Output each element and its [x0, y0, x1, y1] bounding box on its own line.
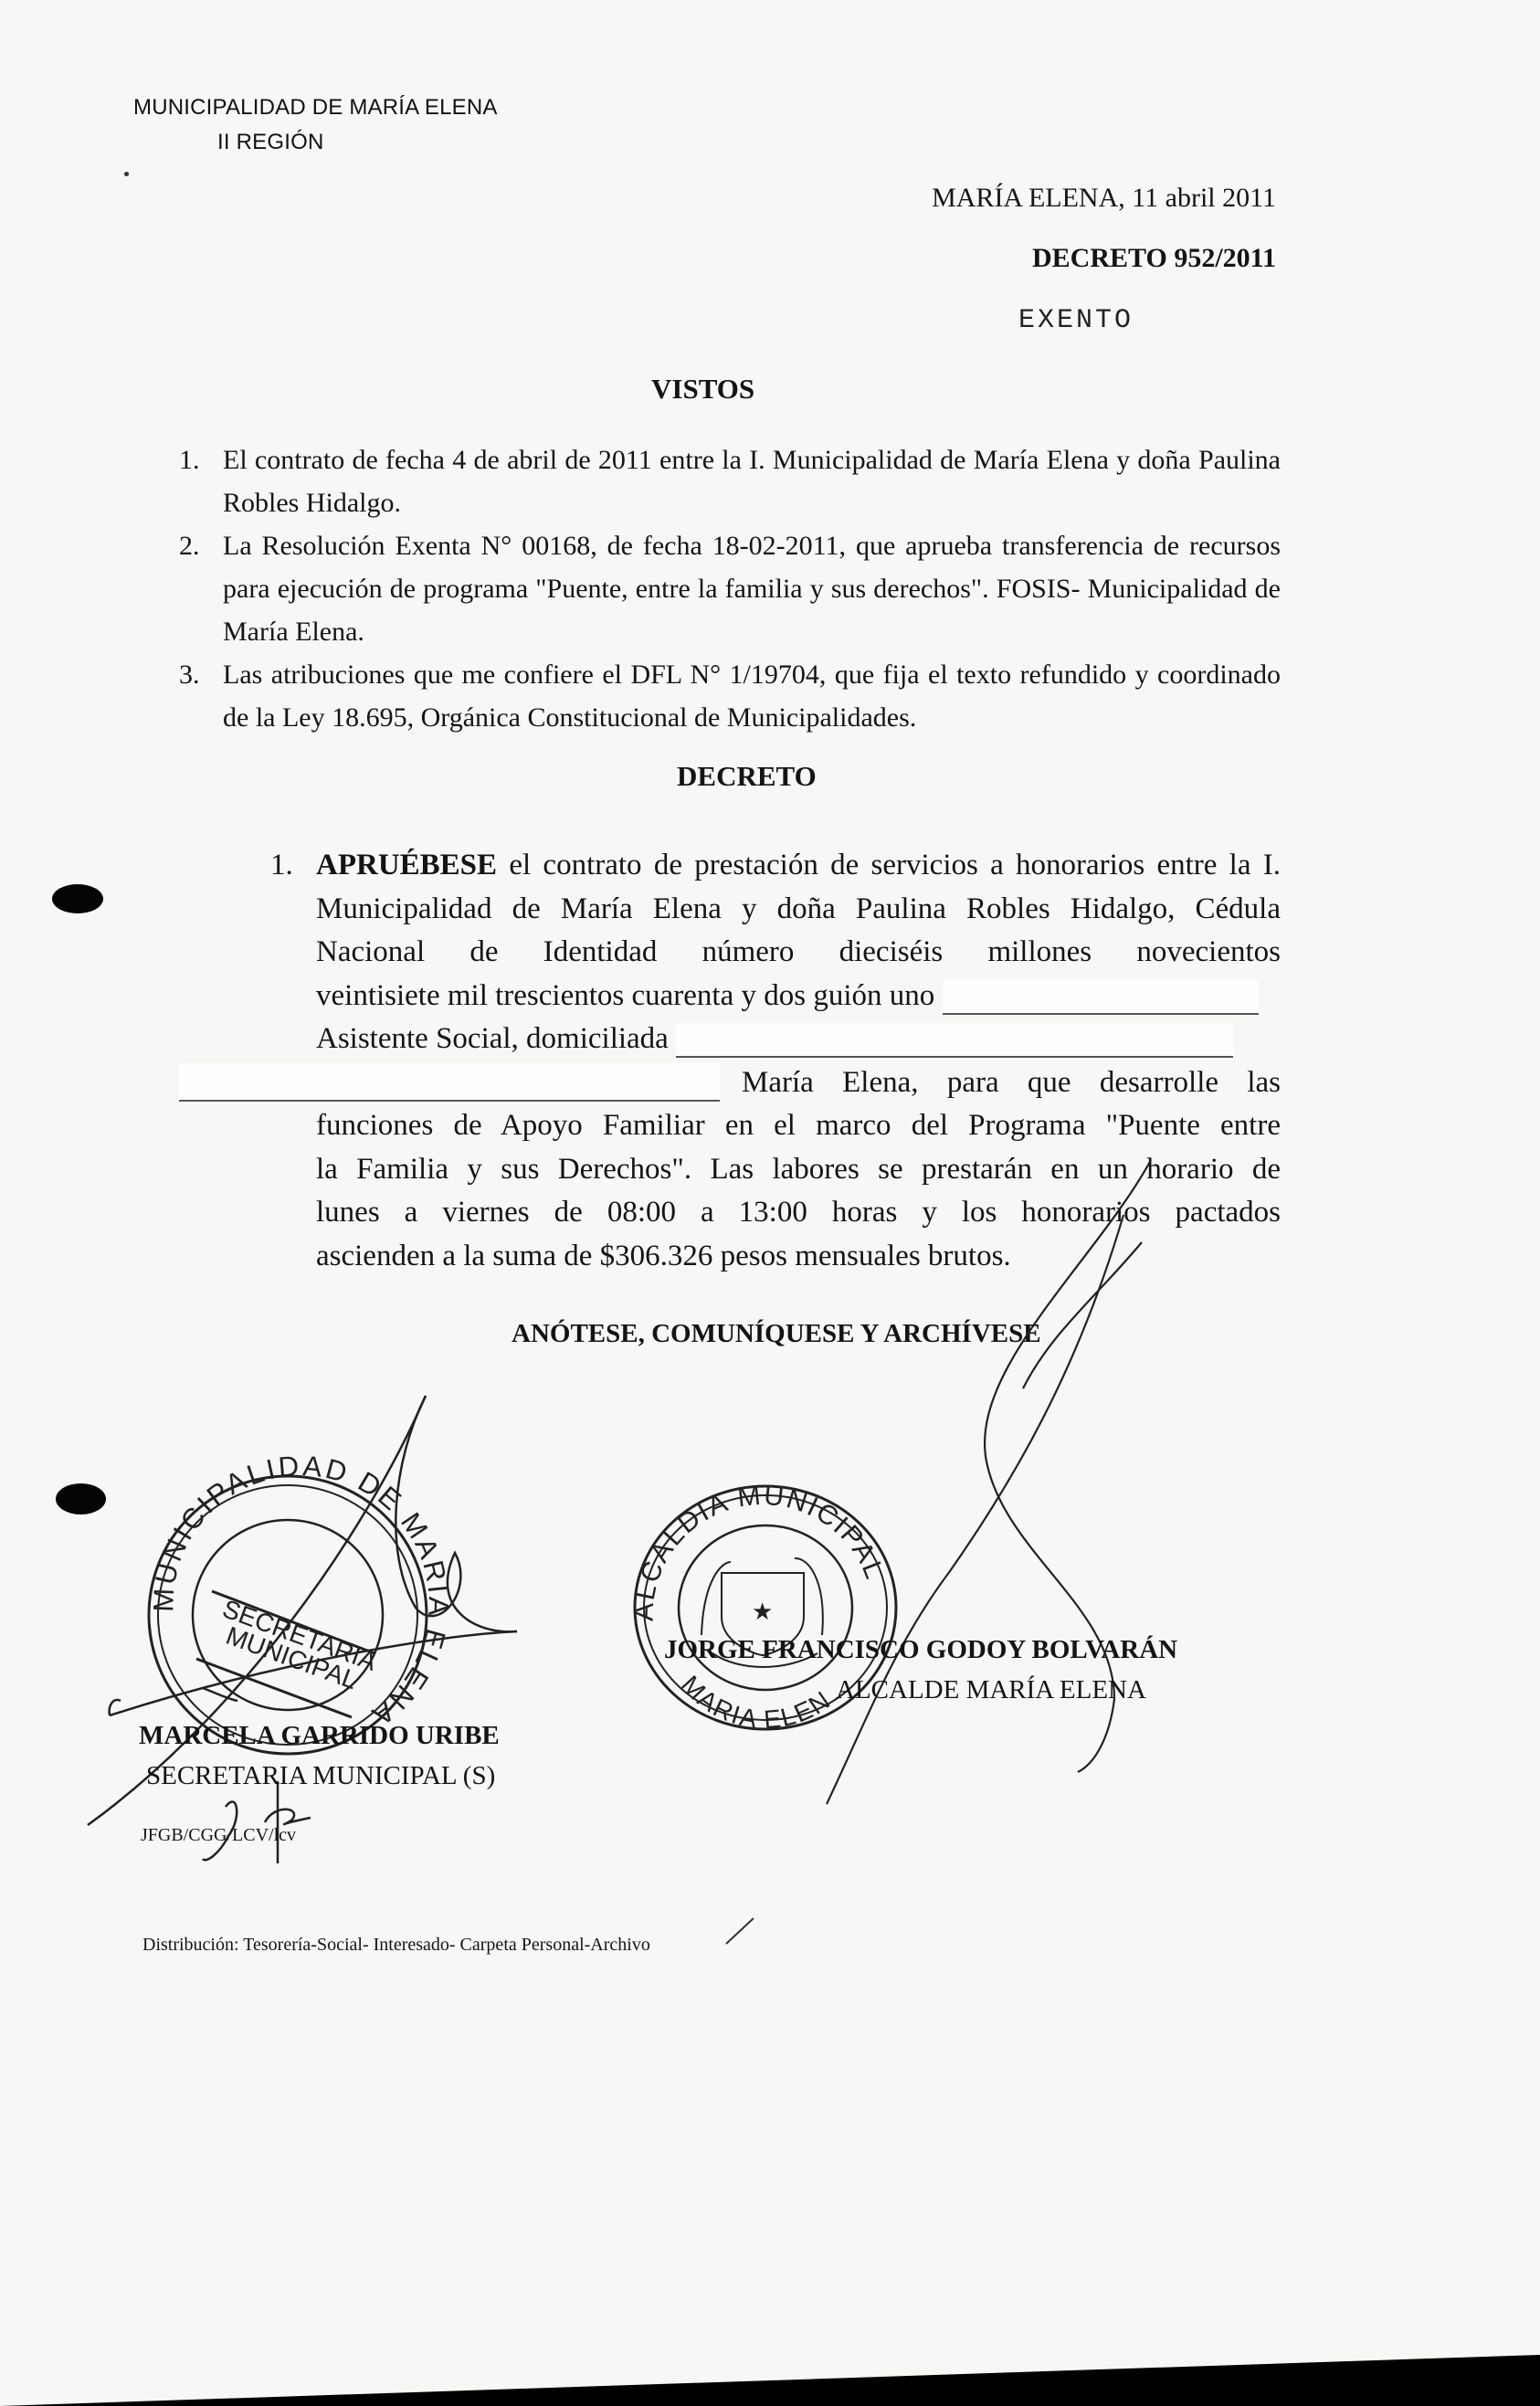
exento-stamp: EXENTO [1018, 305, 1134, 336]
punch-hole [52, 884, 103, 913]
closing-formula: ANÓTESE, COMUNÍQUESE Y ARCHÍVESE [512, 1319, 1041, 1349]
distribution-list: Distribución: Tesorería-Social- Interesa… [142, 1935, 650, 1956]
vistos-item-number: 2. [179, 524, 200, 567]
vistos-title: VISTOS [651, 373, 754, 406]
place-date: MARÍA ELENA, 11 abril 2011 [932, 183, 1276, 214]
svg-text:MUNICIPALIDAD DE MARIA ELENA: MUNICIPALIDAD DE MARIA ELENA [147, 1450, 455, 1734]
decreto-item-number: 1. [270, 844, 293, 887]
decreto-paragraph: APRUÉBESE el contrato de prestación de s… [316, 844, 1281, 1278]
institution-name: MUNICIPALIDAD DE MARÍA ELENA [133, 95, 498, 121]
redacted-block [943, 980, 1259, 1015]
speck-mark [124, 172, 129, 176]
secretary-role: SECRETARIA MUNICIPAL (S) [146, 1761, 495, 1791]
vistos-item-text: La Resolución Exenta N° 00168, de fecha … [223, 531, 1281, 647]
region-name: II REGIÓN [217, 130, 323, 155]
mayor-role: ALCALDE MARÍA ELENA [836, 1675, 1146, 1705]
decreto-line: Nacional de Identidad número dieciséis m… [316, 931, 1281, 975]
vistos-list: 1.El contrato de fecha 4 de abril de 201… [179, 438, 1281, 739]
redacted-block [179, 1063, 720, 1102]
decreto-line: funciones de Apoyo Familiar en el marco … [316, 1104, 1281, 1148]
initials-reference: JFGB/CGG/LCV/lcv [141, 1825, 296, 1846]
secretaria-stamp-icon [149, 1476, 427, 1754]
initials-signature-icon [203, 1781, 311, 1863]
decreto-line: lunes a viernes de 08:00 a 13:00 horas y… [316, 1191, 1281, 1235]
decreto-line: Asistente Social, domiciliada [316, 1018, 1281, 1061]
approve-keyword: APRUÉBESE [316, 849, 497, 881]
decreto-title: DECRETO [677, 760, 817, 793]
decreto-line: la Familia y sus Derechos". Las labores … [316, 1148, 1281, 1192]
svg-text:MUNICIPAL: MUNICIPAL [222, 1621, 361, 1695]
svg-text:ALCALDIA MUNICIPAL: ALCALDIA MUNICIPAL [629, 1481, 891, 1622]
vistos-item: 1.El contrato de fecha 4 de abril de 201… [179, 438, 1281, 524]
decreto-line: veintisiete mil trescientos cuarenta y d… [316, 975, 1281, 1018]
secretary-name: MARCELA GARRIDO URIBE [139, 1721, 500, 1751]
punch-hole [56, 1483, 106, 1514]
decreto-line: ascienden a la suma de $306.326 pesos me… [316, 1235, 1281, 1279]
vistos-item-text: El contrato de fecha 4 de abril de 2011 … [223, 445, 1281, 518]
vistos-item-number: 1. [179, 438, 200, 481]
vistos-item: 2.La Resolución Exenta N° 00168, de fech… [179, 524, 1281, 653]
svg-text:SECRETARIA: SECRETARIA [219, 1594, 381, 1676]
document-page: MUNICIPALIDAD DE MARÍA ELENA II REGIÓN M… [0, 0, 1540, 2406]
redacted-block [676, 1023, 1233, 1058]
decree-number: DECRETO 952/2011 [1032, 243, 1276, 274]
vistos-item-number: 3. [179, 653, 200, 696]
decreto-line: APRUÉBESE el contrato de prestación de s… [316, 844, 1281, 888]
vistos-item-text: Las atribuciones que me confiere el DFL … [223, 660, 1281, 733]
star-icon: ★ [752, 1599, 773, 1626]
decreto-line: Municipalidad de María Elena y doña Paul… [316, 888, 1281, 932]
vistos-item: 3.Las atribuciones que me confiere el DF… [179, 653, 1281, 739]
mayor-name: JORGE FRANCISCO GODOY BOLVARÁN [664, 1635, 1177, 1665]
